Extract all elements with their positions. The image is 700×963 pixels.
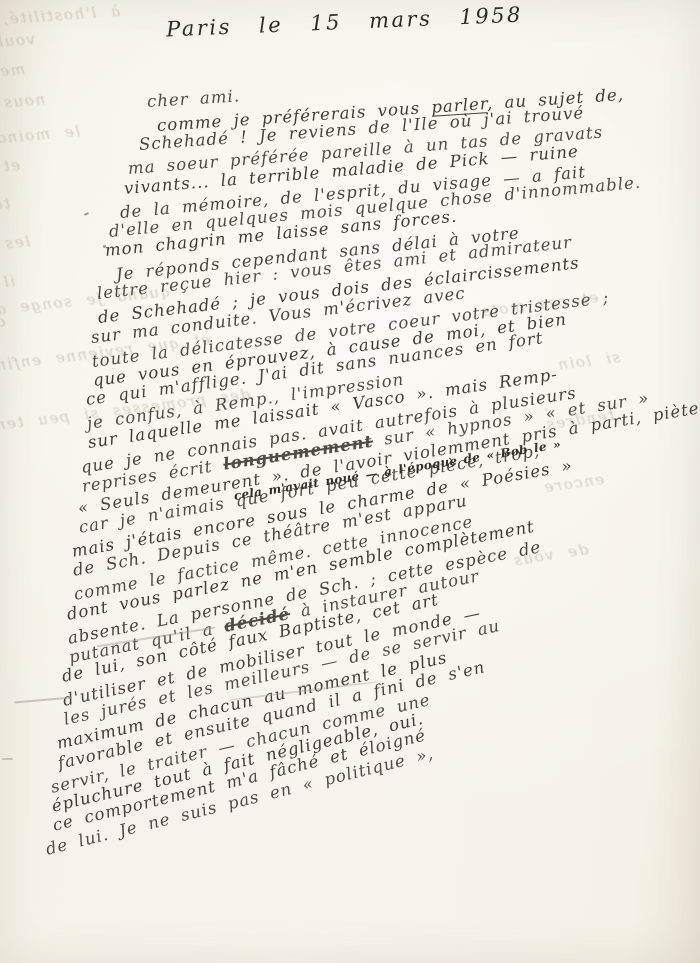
ink-dot: [84, 212, 89, 216]
dateline: Paris le 15 mars 1958: [166, 3, 524, 42]
pencil-dash: [2, 758, 13, 760]
letter-scan: Paris le 15 mars 1958 à l'hostilité, et …: [0, 0, 700, 963]
bleedthrough-line: incurable Josephin: [0, 580, 1, 620]
ink-dot: [103, 245, 106, 248]
bleedthrough-line: si loin: [556, 348, 621, 374]
letter-line: cher ami.: [146, 86, 240, 111]
